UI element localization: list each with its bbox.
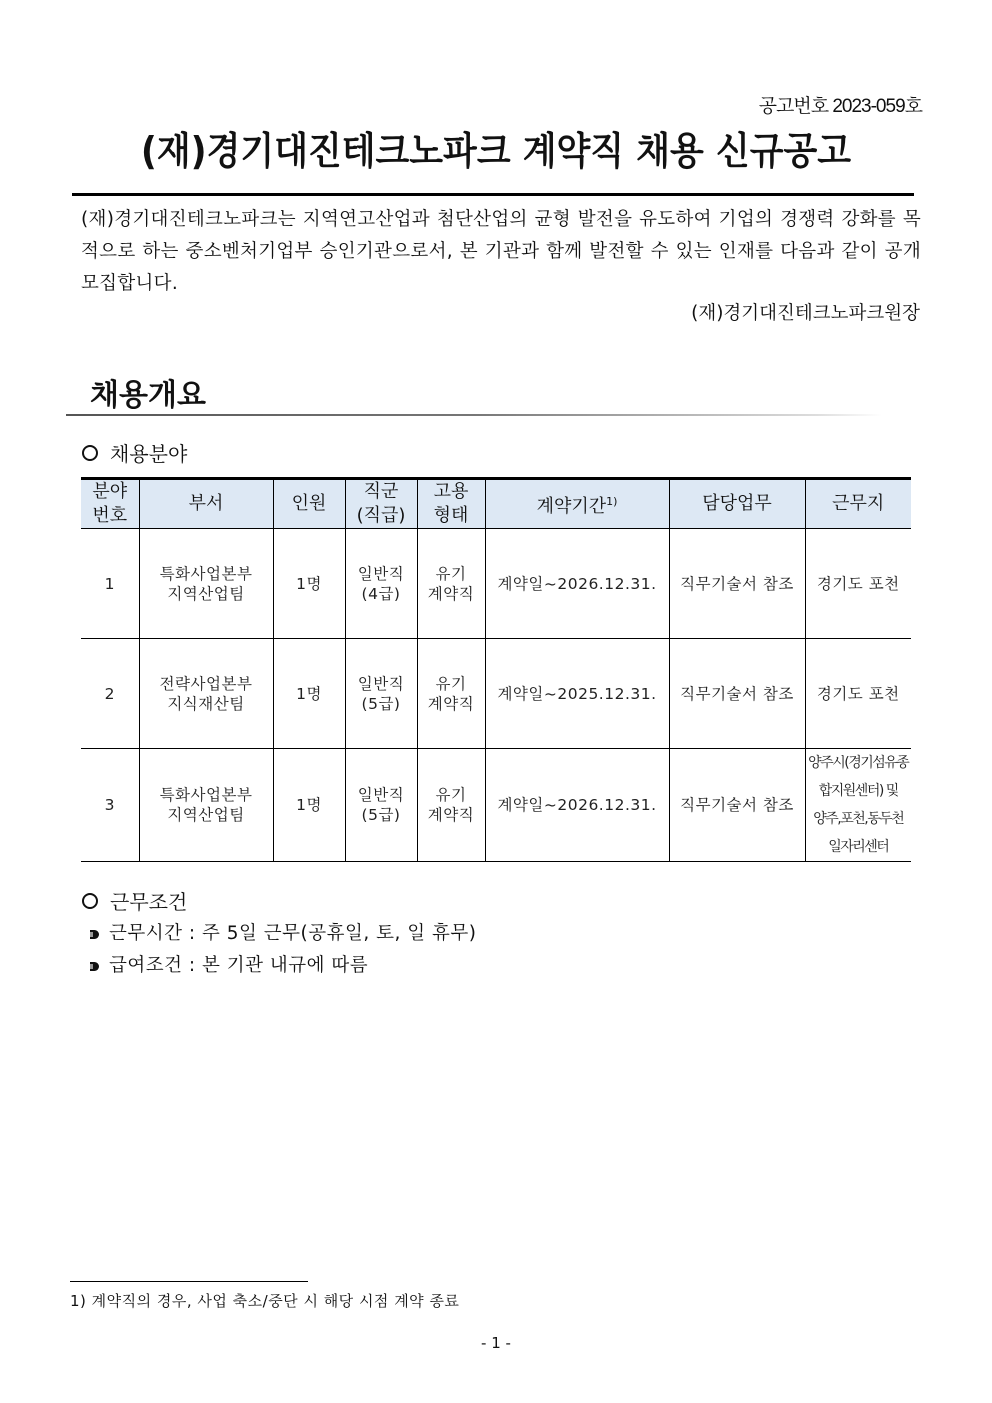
cell-type: 유기계약직 [417,529,485,639]
cell-type: 유기계약직 [417,749,485,862]
circle-bullet-icon [82,445,98,461]
intro-paragraph: (재)경기대진테크노파크는 지역연고산업과 첨단산업의 균형 발전을 유도하여 … [81,204,921,300]
col-header-type: 고용형태 [417,479,485,529]
col-header-job: 직군(직급) [345,479,417,529]
notice-number: 공고번호 2023-059호 [759,91,922,118]
cell-period: 계약일~2026.12.31. [485,749,669,862]
col-header-no: 분야번호 [81,479,139,529]
table-row: 1 특화사업본부지역산업팀 1명 일반직(4급) 유기계약직 계약일~2026.… [81,529,911,639]
conditions-heading: 근무조건 [82,886,187,915]
half-circle-bullet-icon [90,930,99,939]
conditions-list: 근무시간 : 주 5일 근무(공휴일, 토, 일 휴무) 급여조건 : 본 기관… [90,918,476,982]
footnote: 1) 계약직의 경우, 사업 축소/중단 시 해당 시점 계약 종료 [70,1290,459,1311]
conditions-label: 근무조건 [110,886,187,915]
signature: (재)경기대진테크노파크원장 [691,299,920,325]
table-row: 2 전략사업본부지식재산팀 1명 일반직(5급) 유기계약직 계약일~2025.… [81,639,911,749]
condition-label: 급여조건 [109,950,182,982]
condition-value: 주 5일 근무(공휴일, 토, 일 휴무) [202,918,476,950]
cell-location: 경기도 포천 [805,529,911,639]
page-title: (재)경기대진테크노파크 계약직 채용 신규공고 [40,120,953,175]
condition-label: 근무시간 [109,918,182,950]
footnote-divider [70,1281,308,1282]
cell-dept: 특화사업본부지역산업팀 [139,529,273,639]
cell-no: 3 [81,749,139,862]
condition-separator: : [182,950,202,982]
cell-location: 경기도 포천 [805,639,911,749]
cell-headcount: 1명 [273,749,345,862]
cell-headcount: 1명 [273,639,345,749]
col-header-location: 근무지 [805,479,911,529]
section-title: 채용개요 [90,370,206,414]
section-divider [66,414,882,416]
recruit-field-label: 채용분야 [110,438,187,467]
cell-period: 계약일~2025.12.31. [485,639,669,749]
half-circle-bullet-icon [90,962,99,971]
page-number: - 1 - [0,1334,992,1352]
condition-value: 본 기관 내규에 따름 [202,950,368,982]
cell-job: 일반직(5급) [345,639,417,749]
col-header-headcount: 인원 [273,479,345,529]
condition-separator: : [182,918,202,950]
cell-location: 양주시(경기섬유종합지원센터) 및양주,포천,동두천일자리센터 [805,749,911,862]
circle-bullet-icon [82,893,98,909]
cell-dept: 특화사업본부지역산업팀 [139,749,273,862]
cell-type: 유기계약직 [417,639,485,749]
col-header-period: 계약기간1) [485,479,669,529]
list-item: 급여조건 : 본 기관 내규에 따름 [90,950,476,982]
cell-no: 1 [81,529,139,639]
list-item: 근무시간 : 주 5일 근무(공휴일, 토, 일 휴무) [90,918,476,950]
col-header-dept: 부서 [139,479,273,529]
cell-duty: 직무기술서 참조 [669,639,805,749]
cell-duty: 직무기술서 참조 [669,529,805,639]
cell-job: 일반직(4급) [345,529,417,639]
cell-job: 일반직(5급) [345,749,417,862]
cell-period: 계약일~2026.12.31. [485,529,669,639]
recruit-field-heading: 채용분야 [82,438,187,467]
table-header-row: 분야번호 부서 인원 직군(직급) 고용형태 계약기간1) 담당업무 근무지 [81,479,911,529]
cell-no: 2 [81,639,139,749]
cell-headcount: 1명 [273,529,345,639]
footnote-ref: 1) [606,495,617,508]
cell-duty: 직무기술서 참조 [669,749,805,862]
table-row: 3 특화사업본부지역산업팀 1명 일반직(5급) 유기계약직 계약일~2026.… [81,749,911,862]
recruit-table: 분야번호 부서 인원 직군(직급) 고용형태 계약기간1) 담당업무 근무지 1… [81,477,911,862]
title-divider [72,193,914,196]
col-header-duty: 담당업무 [669,479,805,529]
cell-dept: 전략사업본부지식재산팀 [139,639,273,749]
